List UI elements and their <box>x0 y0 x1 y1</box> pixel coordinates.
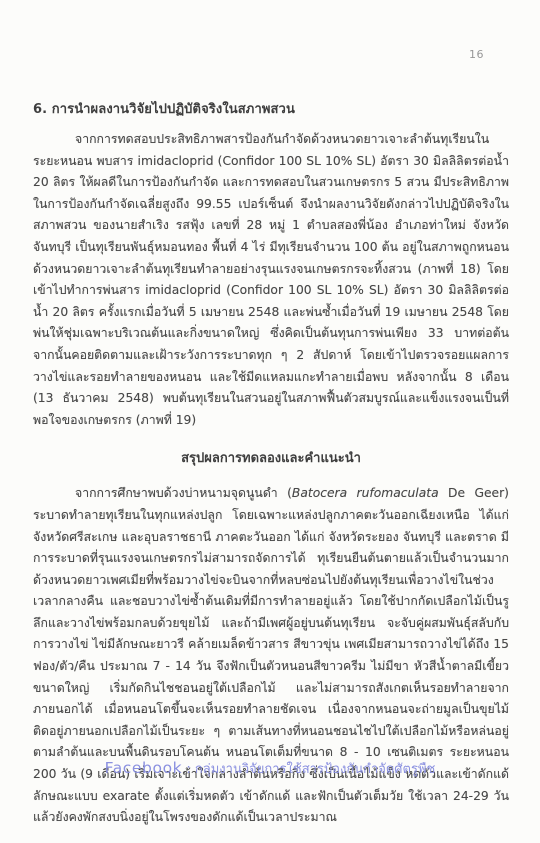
section-paragraph: จากการทดสอบประสิทธิภาพสารป้องกันกำจัดด้ว… <box>33 129 509 431</box>
species-name: Batocera rufomaculata <box>292 486 439 500</box>
facebook-label: Facebook <box>105 759 183 777</box>
footer-credit: Facebook : กลุ่มงานวิจัยการใช้สารป้องกัน… <box>0 758 540 779</box>
summary-heading: สรุปผลการทดลองและคำแนะนำ <box>33 448 509 470</box>
page-content: 6. การนำผลงานวิจัยไปปฏิบัติจริงในสภาพสวน… <box>33 99 509 829</box>
summary-text-before-species: จากการศึกษาพบด้วงบ่าหนามจุดนูนดำ ( <box>75 486 292 500</box>
page-number: 16 <box>469 48 484 61</box>
section-heading: 6. การนำผลงานวิจัยไปปฏิบัติจริงในสภาพสวน <box>33 99 509 121</box>
footer-group-name: : กลุ่มงานวิจัยการใช้สารป้องกันกำจัดศัตร… <box>182 762 435 777</box>
document-page: 16 6. การนำผลงานวิจัยไปปฏิบัติจริงในสภาพ… <box>0 0 540 843</box>
